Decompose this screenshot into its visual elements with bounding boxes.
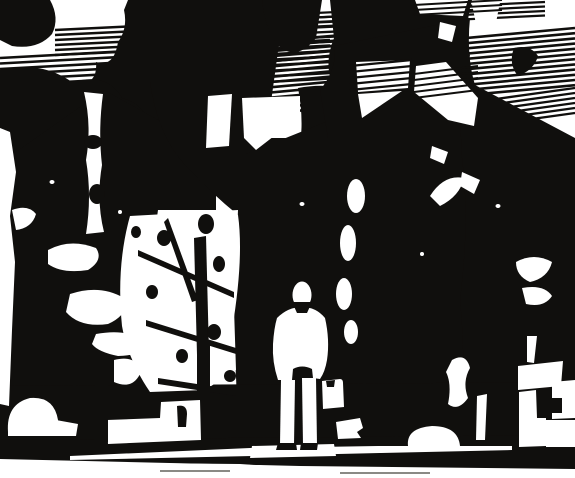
wall-keyhole xyxy=(177,406,187,427)
sky-gap-left-of-column xyxy=(206,94,232,148)
leaf-blob-2 xyxy=(157,230,171,246)
leaf-blob-7 xyxy=(224,370,236,382)
ink-speck-4 xyxy=(496,204,501,208)
trunk-lower-a xyxy=(197,340,210,400)
figure-leg-right xyxy=(302,378,317,445)
ink-speck-3 xyxy=(420,252,424,256)
right-tree-gap-1d xyxy=(344,320,358,344)
right-tree-gap-1a xyxy=(347,179,365,213)
figure-shoe-right xyxy=(300,443,318,450)
woodcut-print-canvas xyxy=(0,0,575,478)
bottom-strip-mark xyxy=(160,470,230,472)
left-light-hole-1 xyxy=(48,243,99,271)
leaf-blob-3 xyxy=(213,256,225,272)
figure-leg-left xyxy=(280,380,295,445)
ink-speck-2 xyxy=(300,202,305,206)
right-tree-gap-1b xyxy=(340,225,356,261)
leaf-blob-1 xyxy=(198,214,214,234)
birch-mark-2 xyxy=(89,184,105,204)
ink-speck-1 xyxy=(50,180,55,184)
leaf-blob-6 xyxy=(176,349,188,363)
right-tree-gap-1c xyxy=(336,278,352,310)
woodcut-print xyxy=(0,0,575,478)
steps-notch xyxy=(551,398,562,413)
trunk-lower-b xyxy=(95,356,108,442)
birch-mark-1 xyxy=(84,135,102,149)
right-steps-low xyxy=(546,420,575,447)
figure-shoe-left xyxy=(276,443,297,450)
ink-speck-5 xyxy=(118,210,122,214)
leaf-blob-4 xyxy=(146,285,158,299)
leaf-blob-5 xyxy=(207,324,221,340)
leaf-blob-8 xyxy=(131,226,141,238)
briefcase-handle-notch xyxy=(326,380,335,387)
bottom-strip-mark-2 xyxy=(340,472,430,474)
